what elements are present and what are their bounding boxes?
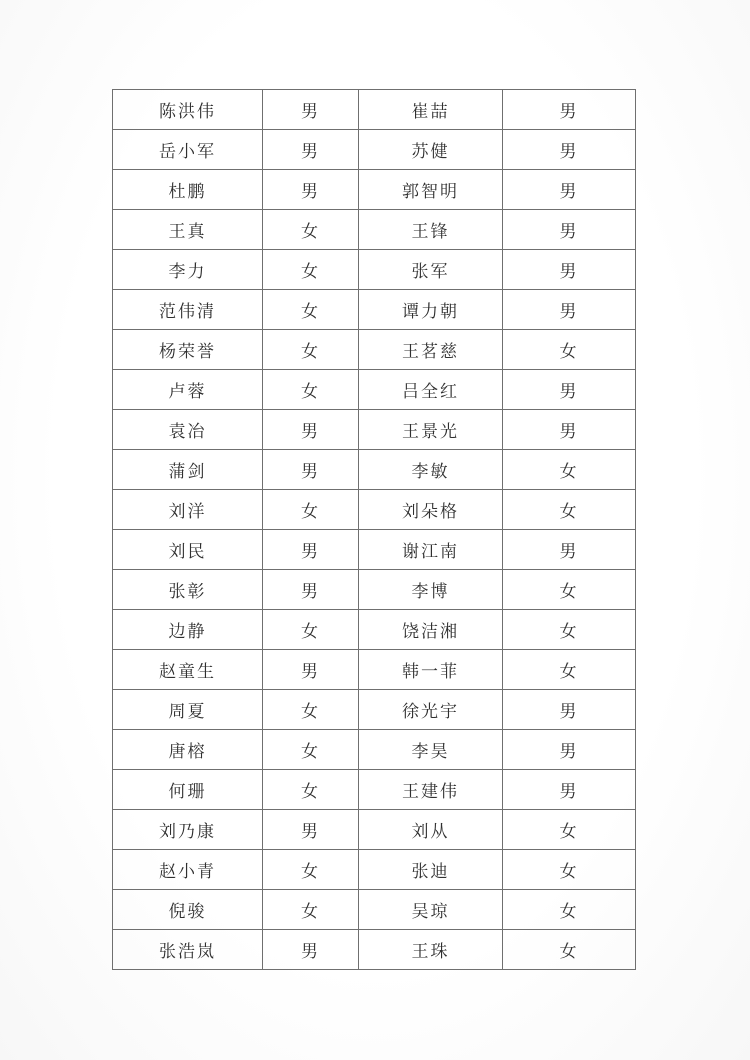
table-row: 周夏女徐光宇男 [113, 690, 636, 730]
table-row: 张浩岚男王珠女 [113, 930, 636, 970]
table-row: 张彰男李博女 [113, 570, 636, 610]
gender-cell-left: 女 [263, 370, 359, 410]
name-cell-left: 张彰 [113, 570, 263, 610]
gender-cell-left: 男 [263, 530, 359, 570]
gender-cell-right: 男 [503, 770, 636, 810]
table-row: 赵小青女张迪女 [113, 850, 636, 890]
table-row: 卢蓉女吕全红男 [113, 370, 636, 410]
table-row: 岳小军男苏健男 [113, 130, 636, 170]
name-cell-right: 李昊 [359, 730, 503, 770]
gender-cell-right: 女 [503, 490, 636, 530]
table-row: 陈洪伟男崔喆男 [113, 90, 636, 130]
gender-cell-left: 男 [263, 570, 359, 610]
gender-cell-left: 女 [263, 290, 359, 330]
gender-cell-left: 男 [263, 170, 359, 210]
name-cell-left: 刘乃康 [113, 810, 263, 850]
table-row: 唐榕女李昊男 [113, 730, 636, 770]
gender-cell-left: 男 [263, 410, 359, 450]
table-row: 刘洋女刘朵格女 [113, 490, 636, 530]
table-row: 袁冶男王景光男 [113, 410, 636, 450]
gender-cell-right: 男 [503, 250, 636, 290]
gender-cell-left: 女 [263, 770, 359, 810]
gender-cell-right: 男 [503, 290, 636, 330]
name-cell-right: 王景光 [359, 410, 503, 450]
name-cell-left: 赵小青 [113, 850, 263, 890]
gender-cell-left: 男 [263, 130, 359, 170]
name-cell-left: 边静 [113, 610, 263, 650]
name-cell-right: 刘从 [359, 810, 503, 850]
name-cell-left: 陈洪伟 [113, 90, 263, 130]
name-cell-left: 唐榕 [113, 730, 263, 770]
name-cell-right: 刘朵格 [359, 490, 503, 530]
gender-cell-left: 女 [263, 210, 359, 250]
gender-cell-right: 女 [503, 450, 636, 490]
gender-cell-left: 女 [263, 730, 359, 770]
name-cell-left: 卢蓉 [113, 370, 263, 410]
name-cell-right: 王茗慈 [359, 330, 503, 370]
name-cell-right: 苏健 [359, 130, 503, 170]
table-row: 范伟清女谭力朝男 [113, 290, 636, 330]
gender-cell-left: 女 [263, 690, 359, 730]
table-row: 蒲剑男李敏女 [113, 450, 636, 490]
table-row: 王真女王锋男 [113, 210, 636, 250]
name-cell-right: 李敏 [359, 450, 503, 490]
name-cell-left: 范伟清 [113, 290, 263, 330]
name-cell-right: 吕全红 [359, 370, 503, 410]
gender-cell-right: 女 [503, 570, 636, 610]
name-cell-right: 王建伟 [359, 770, 503, 810]
table-row: 倪骏女吴琼女 [113, 890, 636, 930]
gender-cell-right: 男 [503, 530, 636, 570]
name-cell-right: 崔喆 [359, 90, 503, 130]
name-cell-left: 蒲剑 [113, 450, 263, 490]
name-cell-left: 倪骏 [113, 890, 263, 930]
name-cell-left: 刘民 [113, 530, 263, 570]
gender-cell-right: 男 [503, 730, 636, 770]
name-cell-right: 徐光宇 [359, 690, 503, 730]
gender-cell-right: 男 [503, 170, 636, 210]
gender-cell-right: 男 [503, 130, 636, 170]
name-cell-left: 赵童生 [113, 650, 263, 690]
name-cell-left: 张浩岚 [113, 930, 263, 970]
table-row: 边静女饶洁湘女 [113, 610, 636, 650]
name-cell-right: 谭力朝 [359, 290, 503, 330]
gender-cell-left: 男 [263, 810, 359, 850]
name-cell-left: 何珊 [113, 770, 263, 810]
gender-cell-left: 女 [263, 850, 359, 890]
name-cell-right: 张军 [359, 250, 503, 290]
gender-cell-left: 男 [263, 930, 359, 970]
gender-cell-left: 女 [263, 250, 359, 290]
table-row: 杨荣誉女王茗慈女 [113, 330, 636, 370]
name-cell-left: 岳小军 [113, 130, 263, 170]
name-cell-left: 李力 [113, 250, 263, 290]
gender-cell-right: 男 [503, 210, 636, 250]
name-cell-right: 郭智明 [359, 170, 503, 210]
name-cell-left: 杜鹏 [113, 170, 263, 210]
name-cell-right: 王锋 [359, 210, 503, 250]
name-cell-left: 杨荣誉 [113, 330, 263, 370]
name-cell-left: 周夏 [113, 690, 263, 730]
name-cell-right: 饶洁湘 [359, 610, 503, 650]
gender-cell-left: 男 [263, 650, 359, 690]
gender-cell-left: 女 [263, 330, 359, 370]
gender-cell-right: 女 [503, 650, 636, 690]
gender-cell-right: 女 [503, 850, 636, 890]
name-gender-table: 陈洪伟男崔喆男岳小军男苏健男杜鹏男郭智明男王真女王锋男李力女张军男范伟清女谭力朝… [112, 89, 636, 970]
name-cell-right: 张迪 [359, 850, 503, 890]
name-cell-right: 李博 [359, 570, 503, 610]
table-row: 赵童生男韩一菲女 [113, 650, 636, 690]
table-body: 陈洪伟男崔喆男岳小军男苏健男杜鹏男郭智明男王真女王锋男李力女张军男范伟清女谭力朝… [113, 90, 636, 970]
gender-cell-left: 男 [263, 90, 359, 130]
name-cell-right: 韩一菲 [359, 650, 503, 690]
gender-cell-right: 男 [503, 410, 636, 450]
gender-cell-right: 女 [503, 890, 636, 930]
gender-cell-left: 男 [263, 450, 359, 490]
gender-cell-left: 女 [263, 610, 359, 650]
gender-cell-right: 男 [503, 690, 636, 730]
gender-cell-right: 女 [503, 330, 636, 370]
name-cell-left: 袁冶 [113, 410, 263, 450]
table-row: 李力女张军男 [113, 250, 636, 290]
table-row: 刘乃康男刘从女 [113, 810, 636, 850]
table-row: 杜鹏男郭智明男 [113, 170, 636, 210]
gender-cell-left: 女 [263, 490, 359, 530]
gender-cell-right: 女 [503, 610, 636, 650]
table-row: 刘民男谢江南男 [113, 530, 636, 570]
name-cell-left: 王真 [113, 210, 263, 250]
name-cell-right: 吴琼 [359, 890, 503, 930]
table-row: 何珊女王建伟男 [113, 770, 636, 810]
gender-cell-right: 男 [503, 90, 636, 130]
name-cell-right: 王珠 [359, 930, 503, 970]
document-page: 陈洪伟男崔喆男岳小军男苏健男杜鹏男郭智明男王真女王锋男李力女张军男范伟清女谭力朝… [0, 0, 750, 1060]
gender-cell-left: 女 [263, 890, 359, 930]
gender-cell-right: 女 [503, 930, 636, 970]
gender-cell-right: 男 [503, 370, 636, 410]
name-cell-right: 谢江南 [359, 530, 503, 570]
name-cell-left: 刘洋 [113, 490, 263, 530]
gender-cell-right: 女 [503, 810, 636, 850]
